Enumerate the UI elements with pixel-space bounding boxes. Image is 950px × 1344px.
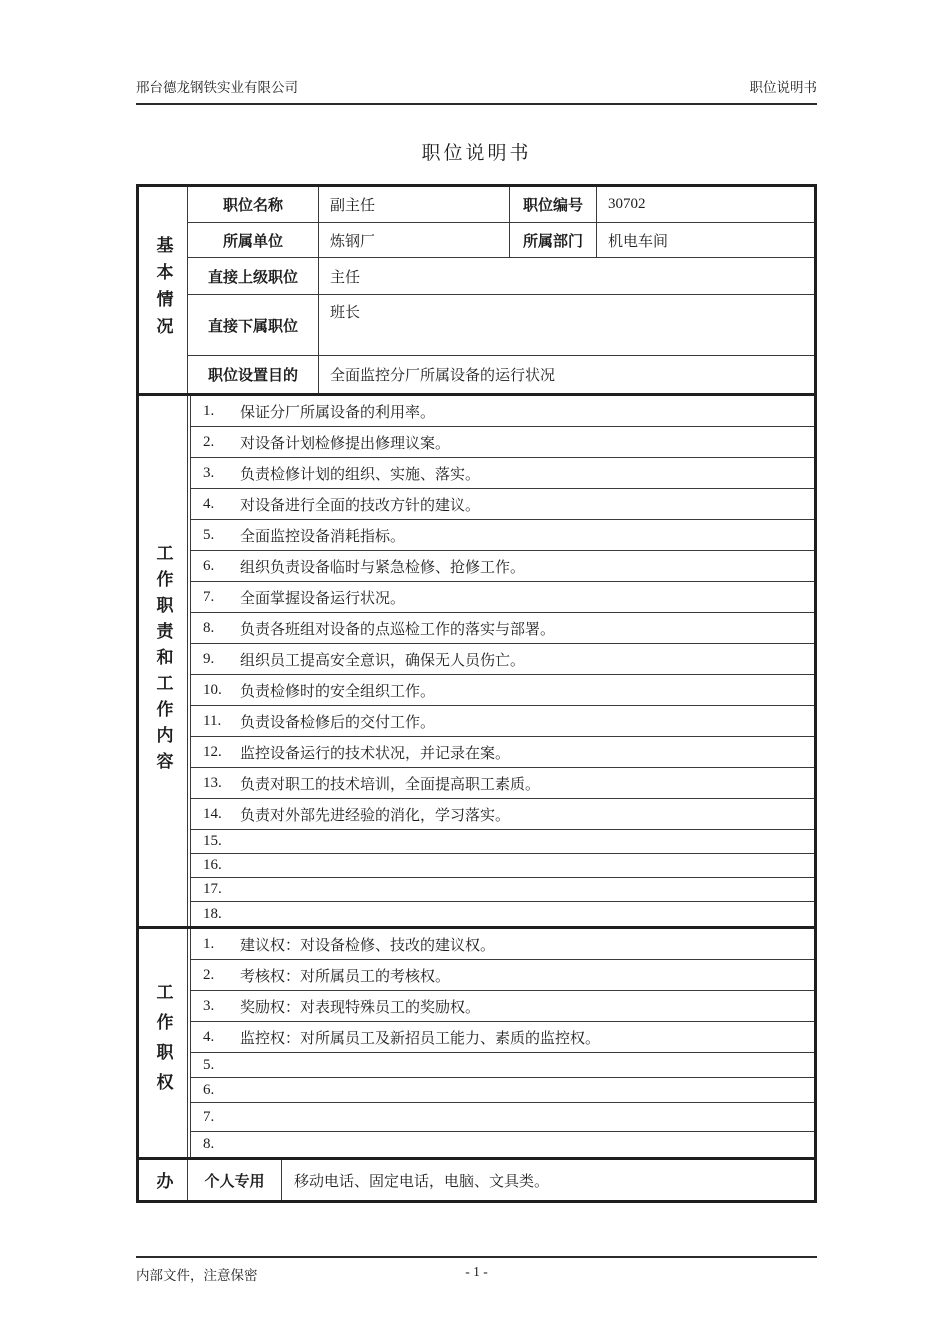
duty-text: 负责设备检修后的交付工作。	[240, 711, 814, 732]
authority-number: 5.	[203, 1057, 240, 1074]
authority-text: 考核权：对所属员工的考核权。	[240, 965, 814, 986]
label-unit: 所属单位	[188, 223, 319, 257]
authority-row: 4.监控权：对所属员工及新招员工能力、素质的监控权。	[191, 1022, 814, 1053]
authority-number: 2.	[203, 967, 240, 984]
value-personal-use: 移动电话、固定电话，电脑、文具类。	[282, 1160, 814, 1200]
duty-row: 9.组织员工提高安全意识，确保无人员伤亡。	[191, 644, 814, 675]
duty-number: 4.	[203, 496, 240, 513]
row-direct-superior: 直接上级职位 主任	[188, 258, 814, 295]
label-direct-subordinate: 直接下属职位	[188, 295, 319, 355]
page-number: - 1 -	[136, 1264, 817, 1280]
duty-row: 5.全面监控设备消耗指标。	[191, 520, 814, 551]
authority-number: 4.	[203, 1029, 240, 1046]
header-doc-type: 职位说明书	[750, 76, 818, 96]
company-name: 邢台德龙钢铁实业有限公司	[136, 76, 298, 96]
duty-text: 组织员工提高安全意识，确保无人员伤亡。	[240, 649, 814, 670]
duty-number: 17.	[203, 881, 240, 898]
label-direct-superior: 直接上级职位	[188, 258, 319, 294]
label-department: 所属部门	[509, 223, 597, 257]
value-unit: 炼钢厂	[319, 223, 509, 257]
section-office: 办 个人专用 移动电话、固定电话，电脑、文具类。	[139, 1157, 814, 1200]
duty-number: 11.	[203, 713, 240, 730]
row-position-purpose: 职位设置目的 全面监控分厂所属设备的运行状况	[188, 356, 814, 393]
row-direct-subordinate: 直接下属职位 班长	[188, 295, 814, 356]
duty-row: 1.保证分厂所属设备的利用率。	[191, 396, 814, 427]
authority-number: 8.	[203, 1136, 240, 1153]
duty-number: 13.	[203, 775, 240, 792]
row-unit-department: 所属单位 炼钢厂 所属部门 机电车间	[188, 223, 814, 258]
duty-text: 监控设备运行的技术状况，并记录在案。	[240, 742, 814, 763]
authority-row: 1.建议权：对设备检修、技改的建议权。	[191, 929, 814, 960]
authority-text: 建议权：对设备检修、技改的建议权。	[240, 934, 814, 955]
duty-text: 组织负责设备临时与紧急检修、抢修工作。	[240, 556, 814, 577]
authority-text: 监控权：对所属员工及新招员工能力、素质的监控权。	[240, 1027, 814, 1048]
duty-number: 7.	[203, 589, 240, 606]
duty-number: 5.	[203, 527, 240, 544]
duty-number: 16.	[203, 857, 240, 874]
duty-row: 4.对设备进行全面的技改方针的建议。	[191, 489, 814, 520]
value-direct-subordinate: 班长	[319, 295, 814, 355]
authority-row: 6.	[191, 1078, 814, 1103]
value-position-purpose: 全面监控分厂所属设备的运行状况	[319, 356, 814, 393]
authority-number: 7.	[203, 1109, 240, 1126]
duty-row: 13.负责对职工的技术培训，全面提高职工素质。	[191, 768, 814, 799]
duty-row: 11.负责设备检修后的交付工作。	[191, 706, 814, 737]
authority-row: 3.奖励权：对表现特殊员工的奖励权。	[191, 991, 814, 1022]
duty-row: 18.	[191, 902, 814, 926]
duty-number: 14.	[203, 806, 240, 823]
authority-text: 奖励权：对表现特殊员工的奖励权。	[240, 996, 814, 1017]
authority-number: 1.	[203, 936, 240, 953]
section-label-office: 办	[139, 1160, 187, 1200]
section-authority: 工作职权 1.建议权：对设备检修、技改的建议权。 2.考核权：对所属员工的考核权…	[139, 926, 814, 1157]
duty-text: 负责检修计划的组织、实施、落实。	[240, 463, 814, 484]
duty-number: 10.	[203, 682, 240, 699]
duty-text: 对设备进行全面的技改方针的建议。	[240, 494, 814, 515]
duty-number: 6.	[203, 558, 240, 575]
value-direct-superior: 主任	[319, 258, 814, 294]
duty-row: 8.负责各班组对设备的点巡检工作的落实与部署。	[191, 613, 814, 644]
duty-text: 保证分厂所属设备的利用率。	[240, 401, 814, 422]
duty-number: 9.	[203, 651, 240, 668]
page-header: 邢台德龙钢铁实业有限公司 职位说明书	[136, 76, 817, 105]
office-row: 个人专用 移动电话、固定电话，电脑、文具类。	[188, 1160, 814, 1200]
duty-row: 7.全面掌握设备运行状况。	[191, 582, 814, 613]
duty-text: 负责各班组对设备的点巡检工作的落实与部署。	[240, 618, 814, 639]
duty-row: 16.	[191, 854, 814, 878]
label-position-name: 职位名称	[188, 187, 319, 222]
section-label-duties: 工作职责和工作内容	[139, 396, 187, 926]
authority-row: 7.	[191, 1103, 814, 1132]
duty-row: 3.负责检修计划的组织、实施、落实。	[191, 458, 814, 489]
row-position-name-code: 职位名称 副主任 职位编号 30702	[188, 187, 814, 223]
duty-number: 12.	[203, 744, 240, 761]
duty-text: 负责对职工的技术培训，全面提高职工素质。	[240, 773, 814, 794]
page-footer: 内部文件，注意保密 - 1 -	[136, 1256, 817, 1284]
duty-number: 15.	[203, 833, 240, 850]
duty-number: 1.	[203, 403, 240, 420]
duty-row: 2.对设备计划检修提出修理议案。	[191, 427, 814, 458]
duty-text: 对设备计划检修提出修理议案。	[240, 432, 814, 453]
value-department: 机电车间	[597, 223, 814, 257]
label-position-purpose: 职位设置目的	[188, 356, 319, 393]
authority-number: 6.	[203, 1082, 240, 1099]
duty-number: 2.	[203, 434, 240, 451]
duty-row: 14.负责对外部先进经验的消化，学习落实。	[191, 799, 814, 830]
authority-row: 5.	[191, 1053, 814, 1078]
duty-row: 17.	[191, 878, 814, 902]
authority-number: 3.	[203, 998, 240, 1015]
duty-row: 6.组织负责设备临时与紧急检修、抢修工作。	[191, 551, 814, 582]
duty-number: 8.	[203, 620, 240, 637]
authority-row: 8.	[191, 1132, 814, 1157]
duty-row: 10.负责检修时的安全组织工作。	[191, 675, 814, 706]
page-title: 职位说明书	[136, 138, 817, 165]
duty-row: 12.监控设备运行的技术状况，并记录在案。	[191, 737, 814, 768]
section-basic-info: 基本情况 职位名称 副主任 职位编号 30702 所属单位 炼钢厂 所属部门 机…	[139, 187, 814, 393]
duty-number: 3.	[203, 465, 240, 482]
duty-text: 负责检修时的安全组织工作。	[240, 680, 814, 701]
value-position-code: 30702	[597, 187, 814, 222]
duty-text: 负责对外部先进经验的消化，学习落实。	[240, 804, 814, 825]
label-personal-use: 个人专用	[188, 1160, 282, 1200]
duty-text: 全面掌握设备运行状况。	[240, 587, 814, 608]
job-description-table: 基本情况 职位名称 副主任 职位编号 30702 所属单位 炼钢厂 所属部门 机…	[136, 184, 817, 1203]
section-label-authority: 工作职权	[139, 929, 187, 1157]
duty-text: 全面监控设备消耗指标。	[240, 525, 814, 546]
section-label-basic-info: 基本情况	[139, 187, 187, 393]
authority-row: 2.考核权：对所属员工的考核权。	[191, 960, 814, 991]
document-page: 邢台德龙钢铁实业有限公司 职位说明书 职位说明书 基本情况 职位名称 副主任 职…	[0, 0, 950, 1344]
value-position-name: 副主任	[319, 187, 509, 222]
label-position-code: 职位编号	[509, 187, 597, 222]
duty-number: 18.	[203, 906, 240, 923]
duty-row: 15.	[191, 830, 814, 854]
section-duties: 工作职责和工作内容 1.保证分厂所属设备的利用率。 2.对设备计划检修提出修理议…	[139, 393, 814, 926]
